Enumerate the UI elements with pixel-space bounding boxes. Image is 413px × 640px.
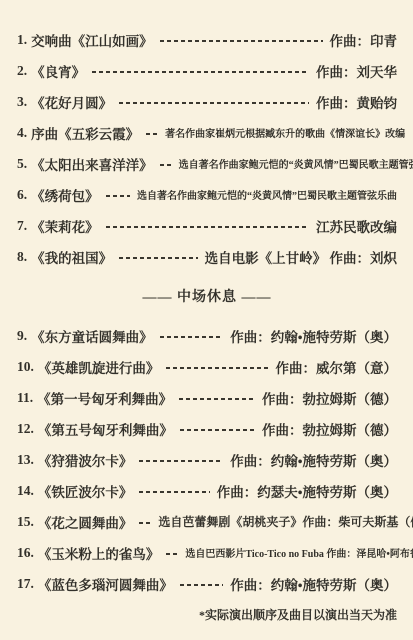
dashed-leader — [119, 102, 309, 104]
program-list-part2: 9.《东方童话圆舞曲》作曲：约翰•施特劳斯（奥）10.《英雄凯旋进行曲》作曲：威… — [17, 320, 397, 599]
program-item: 7.《茉莉花》江苏民歌改编 — [17, 210, 397, 241]
item-number: 4. — [17, 125, 27, 141]
item-credit: 选自巴西影片Tico-Tico no Fuba 作曲：泽昆哈•阿布鲁（巴西） — [185, 545, 413, 560]
footnote-text: *实际演出顺序及曲目以演出当天为准 — [17, 606, 397, 623]
program-list-part1: 1.交响曲《江山如画》作曲：印青2.《良宵》作曲：刘天华3.《花好月圆》作曲：黄… — [17, 24, 397, 272]
program-item: 10.《英雄凯旋进行曲》作曲：威尔第（意） — [17, 351, 397, 382]
item-number: 15. — [17, 514, 34, 530]
item-number: 17. — [17, 576, 34, 592]
program-item: 15.《花之圆舞曲》选自芭蕾舞剧《胡桃夹子》作曲：柴可夫斯基（俄） — [17, 506, 397, 537]
item-credit: 著名作曲家崔炳元根据臧东升的歌曲《情深谊长》改编 — [165, 125, 405, 140]
item-title: 《蓝色多瑙河圆舞曲》 — [38, 574, 173, 594]
item-number: 14. — [17, 483, 34, 499]
dashed-leader — [119, 257, 198, 259]
item-credit: 作曲：刘天华 — [316, 61, 397, 81]
program-item: 11.《第一号匈牙利舞曲》作曲：勃拉姆斯（德） — [17, 382, 397, 413]
item-title: 交响曲《江山如画》 — [31, 30, 153, 50]
dashed-leader — [166, 553, 178, 555]
program-item: 12.《第五号匈牙利舞曲》作曲：勃拉姆斯（德） — [17, 413, 397, 444]
program-item: 16.《玉米粉上的雀鸟》选自巴西影片Tico-Tico no Fuba 作曲：泽… — [17, 537, 397, 568]
dashed-leader — [179, 398, 255, 400]
dashed-leader — [106, 226, 309, 228]
program-item: 6.《绣荷包》选自著名作曲家鲍元恺的“炎黄风情”巴蜀民歌主题管弦乐曲 — [17, 179, 397, 210]
program-item: 5.《太阳出来喜洋洋》选自著名作曲家鲍元恺的“炎黄风情”巴蜀民歌主题管弦乐曲 — [17, 148, 397, 179]
dashed-leader — [160, 336, 224, 338]
item-title: 《英雄凯旋进行曲》 — [38, 357, 160, 377]
dashed-leader — [146, 133, 158, 135]
item-title: 《良宵》 — [31, 61, 85, 81]
program-item: 4.序曲《五彩云霞》著名作曲家崔炳元根据臧东升的歌曲《情深谊长》改编 — [17, 117, 397, 148]
item-number: 6. — [17, 187, 27, 203]
dashed-leader — [92, 71, 309, 73]
item-credit: 选自电影《上甘岭》 作曲：刘炽 — [205, 247, 397, 267]
item-number: 7. — [17, 218, 27, 234]
item-number: 13. — [17, 452, 34, 468]
item-title: 序曲《五彩云霞》 — [31, 123, 139, 143]
item-number: 10. — [17, 359, 34, 375]
item-credit: 作曲：约翰•施特劳斯（奥） — [230, 326, 397, 346]
dashed-leader — [139, 522, 151, 524]
item-title: 《第一号匈牙利舞曲》 — [37, 388, 172, 408]
item-title: 《我的祖国》 — [31, 247, 112, 267]
item-number: 5. — [17, 156, 27, 172]
item-title: 《第五号匈牙利舞曲》 — [38, 419, 173, 439]
item-title: 《绣荷包》 — [31, 185, 99, 205]
intermission-label: —— 中场休息 —— — [17, 272, 397, 320]
program-item: 2.《良宵》作曲：刘天华 — [17, 55, 397, 86]
item-number: 9. — [17, 328, 27, 344]
item-credit: 江苏民歌改编 — [316, 216, 397, 236]
program-item: 17.《蓝色多瑙河圆舞曲》作曲：约翰•施特劳斯（奥） — [17, 568, 397, 599]
item-credit: 选自著名作曲家鲍元恺的“炎黄风情”巴蜀民歌主题管弦乐曲 — [179, 156, 413, 171]
item-number: 1. — [17, 32, 27, 48]
program-item: 9.《东方童话圆舞曲》作曲：约翰•施特劳斯（奥） — [17, 320, 397, 351]
item-number: 8. — [17, 249, 27, 265]
item-credit: 选自著名作曲家鲍元恺的“炎黄风情”巴蜀民歌主题管弦乐曲 — [137, 187, 397, 202]
dashed-leader — [139, 491, 209, 493]
item-credit: 作曲：威尔第（意） — [276, 357, 398, 377]
item-title: 《茉莉花》 — [31, 216, 99, 236]
item-credit: 作曲：勃拉姆斯（德） — [262, 388, 397, 408]
item-number: 2. — [17, 63, 27, 79]
program-item: 1.交响曲《江山如画》作曲：印青 — [17, 24, 397, 55]
program-item: 14.《铁匠波尔卡》作曲：约瑟夫•施特劳斯（奥） — [17, 475, 397, 506]
item-title: 《花好月圆》 — [31, 92, 112, 112]
item-number: 3. — [17, 94, 27, 110]
item-credit: 作曲：勃拉姆斯（德） — [262, 419, 397, 439]
dashed-leader — [160, 164, 172, 166]
item-title: 《狩猎波尔卡》 — [38, 450, 133, 470]
item-credit: 作曲：约翰•施特劳斯（奥） — [230, 574, 397, 594]
item-number: 11. — [17, 390, 33, 406]
dashed-leader — [106, 195, 130, 197]
concert-program-page: 1.交响曲《江山如画》作曲：印青2.《良宵》作曲：刘天华3.《花好月圆》作曲：黄… — [0, 0, 413, 640]
item-title: 《玉米粉上的雀鸟》 — [38, 543, 160, 563]
item-number: 12. — [17, 421, 34, 437]
item-title: 《太阳出来喜洋洋》 — [31, 154, 153, 174]
dashed-leader — [139, 460, 223, 462]
program-item: 13.《狩猎波尔卡》作曲：约翰•施特劳斯（奥） — [17, 444, 397, 475]
item-credit: 选自芭蕾舞剧《胡桃夹子》作曲：柴可夫斯基（俄） — [158, 513, 413, 530]
dashed-leader — [180, 429, 255, 431]
program-item: 8.《我的祖国》选自电影《上甘岭》 作曲：刘炽 — [17, 241, 397, 272]
item-credit: 作曲：约翰•施特劳斯（奥） — [230, 450, 397, 470]
dashed-leader — [160, 40, 323, 42]
item-title: 《花之圆舞曲》 — [38, 512, 133, 532]
item-credit: 作曲：约瑟夫•施特劳斯（奥） — [217, 481, 397, 501]
item-number: 16. — [17, 545, 34, 561]
dashed-leader — [166, 367, 268, 369]
item-title: 《东方童话圆舞曲》 — [31, 326, 153, 346]
program-item: 3.《花好月圆》作曲：黄贻钧 — [17, 86, 397, 117]
item-credit: 作曲：黄贻钧 — [316, 92, 397, 112]
item-credit: 作曲：印青 — [330, 30, 398, 50]
item-title: 《铁匠波尔卡》 — [38, 481, 133, 501]
dashed-leader — [180, 584, 223, 586]
